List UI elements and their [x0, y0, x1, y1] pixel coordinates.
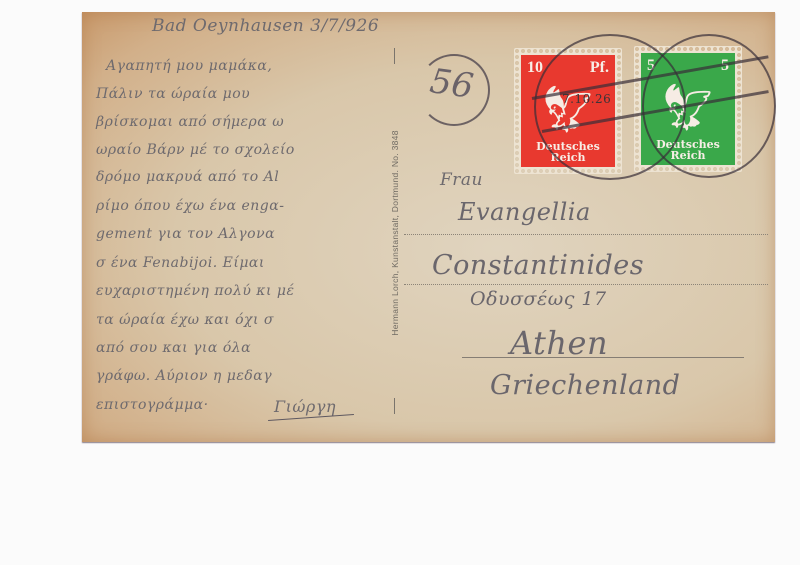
message-line: Αγαπητή μου μαμάκα, [106, 58, 272, 74]
message-line: επιστογράμμα· [96, 397, 209, 413]
message-line: σ ένα Fenabijoi. Eίμαι [96, 255, 265, 271]
circled-mark-number: 56 [427, 61, 475, 107]
address-line-3 [462, 357, 744, 358]
address-line-2 [404, 284, 768, 285]
divider-line-bottom [394, 398, 395, 414]
address-country: Griechenland [490, 370, 680, 401]
address-line-1 [404, 234, 768, 235]
message-line: ευχαριστημένη πολύ κι μέ [96, 283, 295, 299]
publisher-imprint: Hermann Lorch, Kunstanstalt, Dortmund. N… [388, 48, 402, 418]
signature: Γιώργη [274, 397, 336, 416]
message-line: δρόμο μακρυά από το Al [96, 169, 279, 185]
address-surname: Constantinides [432, 250, 644, 281]
message-line: από σου και για όλα [96, 340, 251, 356]
message-line: ωραίο Bάρν μέ το σχολείο [96, 142, 295, 158]
message-line: ρίμο όπου έχω ένα engα- [96, 198, 284, 214]
postmark-ring [642, 34, 776, 178]
place-date-line: Bad Oeynhausen 3/7/926 [152, 16, 379, 36]
message-line: gement για τον Αλγονα [96, 226, 275, 242]
postcard-back: Bad Oeynhausen 3/7/926 Αγαπητή μου μαμάκ… [82, 12, 775, 442]
address-salutation: Frau [440, 170, 483, 190]
message-line: τα ώραία έχω και όχι σ [96, 312, 274, 328]
address-street: Οδυσσέως 17 [470, 288, 607, 310]
postmark-date: 7.10.26 [562, 92, 611, 106]
message-line: γράφω. Αύριον η μεδαγ [96, 368, 272, 384]
address-first-name: Evangellia [458, 198, 591, 226]
message-line: Πάλιν τα ώραία μου [96, 86, 250, 102]
message-line: βρίσκομαι από σήμερα ω [96, 114, 284, 130]
